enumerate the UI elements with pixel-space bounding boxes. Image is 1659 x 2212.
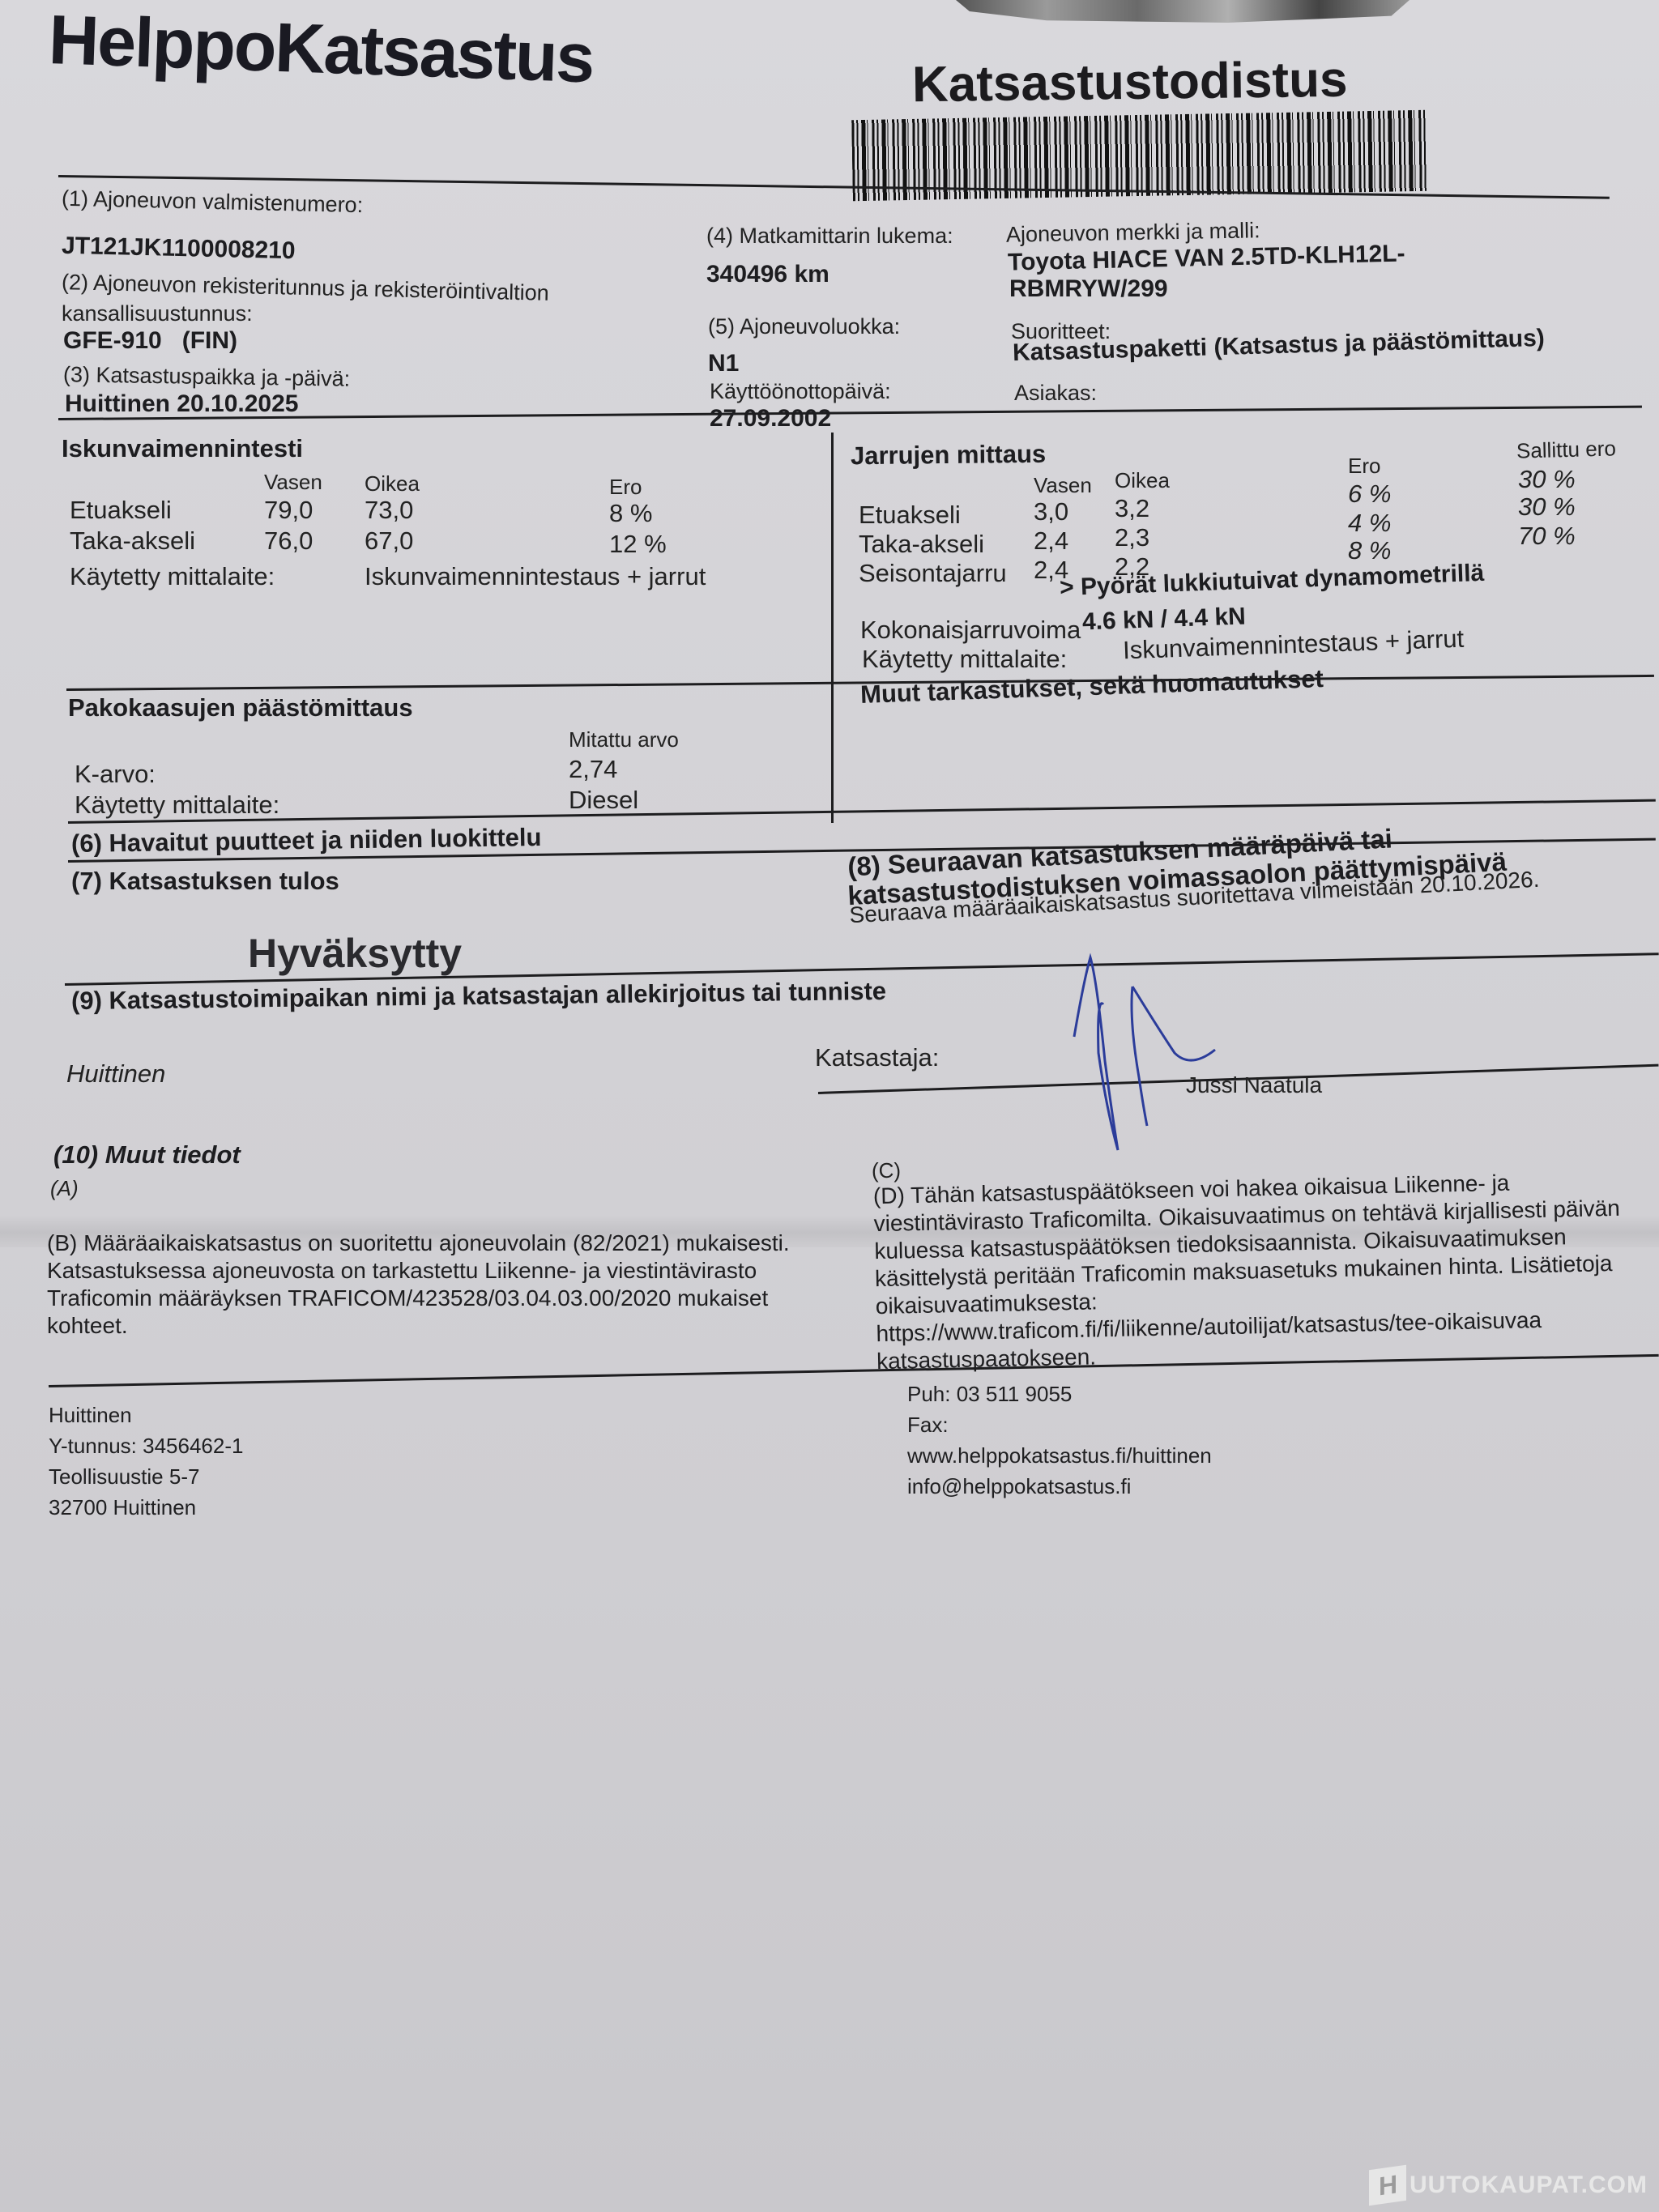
brake-col-diff: Ero xyxy=(1348,454,1380,479)
vin-label: (1) Ajoneuvon valmistenumero: xyxy=(62,186,364,218)
shock-col-diff: Ero xyxy=(609,475,642,500)
shock-row-right: 67,0 xyxy=(365,526,413,556)
shock-row-diff: 12 % xyxy=(609,530,667,559)
other-info-a: (A) xyxy=(50,1176,79,1201)
watermark-logo-icon xyxy=(1369,2165,1406,2206)
first-use-value: 27.09.2002 xyxy=(710,405,831,433)
other-info-b: (B) Määräaikaiskatsastus on suoritettu a… xyxy=(47,1230,817,1340)
footer-left: Huittinen Y-tunnus: 3456462-1 Teollisuus… xyxy=(49,1400,243,1523)
make-model-value-2: RBMRYW/299 xyxy=(1009,275,1168,303)
brake-col-allowed: Sallittu ero xyxy=(1516,436,1617,463)
inspection-location: Huittinen xyxy=(66,1059,165,1089)
brake-row-allowed: 30 % xyxy=(1518,492,1576,522)
brake-row-diff: 8 % xyxy=(1348,536,1391,565)
emissions-device-label: Käytetty mittalaite: xyxy=(75,791,279,820)
registration-value: GFE-910 (FIN) xyxy=(63,327,237,355)
class-value: N1 xyxy=(708,350,739,377)
defects-title: (6) Havaitut puutteet ja niiden luokitte… xyxy=(71,823,542,859)
emissions-device-value: Diesel xyxy=(569,786,638,815)
divider xyxy=(831,433,834,823)
emissions-measured-header: Mitattu arvo xyxy=(569,727,679,752)
k-value: 2,74 xyxy=(569,755,617,784)
footer-website: www.helppokatsastus.fi/huittinen xyxy=(907,1440,1212,1471)
other-info-d: (D) Tähän katsastuspäätökseen voi hakea … xyxy=(873,1166,1659,1375)
make-model-label: Ajoneuvon merkki ja malli: xyxy=(1006,218,1260,247)
brake-col-left: Vasen xyxy=(1034,473,1092,498)
brake-row-right: 2,3 xyxy=(1115,523,1149,552)
signature-scribble xyxy=(1069,948,1280,1158)
watermark-text: UUTOKAUPAT.COM xyxy=(1410,2172,1648,2199)
shock-col-left: Vasen xyxy=(264,470,322,495)
brake-row-axle: Etuakseli xyxy=(859,501,961,530)
shock-device-value: Iskunvaimennintestaus + jarrut xyxy=(365,562,706,591)
other-info-title: (10) Muut tiedot xyxy=(53,1140,241,1170)
first-use-label: Käyttöönottopäivä: xyxy=(710,379,891,404)
brake-row-allowed: 70 % xyxy=(1518,522,1576,551)
footer-fax: Fax: xyxy=(907,1409,1212,1440)
brake-row-allowed: 30 % xyxy=(1518,465,1576,494)
result-title: (7) Katsastuksen tulos xyxy=(71,867,339,896)
brand-logo: HelppoKatsastus xyxy=(48,0,595,99)
shock-row-axle: Taka-akseli xyxy=(70,526,195,556)
shock-test-title: Iskunvaimennintesti xyxy=(62,434,303,463)
shock-row-diff: 8 % xyxy=(609,499,652,528)
result-value: Hyväksytty xyxy=(248,930,462,977)
brake-total-label: Kokonaisjarruvoima xyxy=(860,616,1081,645)
footer-phone: Puh: 03 511 9055 xyxy=(907,1379,1212,1409)
footer-right: Puh: 03 511 9055 Fax: www.helppokatsastu… xyxy=(907,1379,1212,1502)
brake-row-diff: 4 % xyxy=(1348,509,1391,538)
footer-street: Teollisuustie 5-7 xyxy=(49,1461,243,1492)
brake-row-axle: Taka-akseli xyxy=(859,530,984,559)
class-label: (5) Ajoneuvoluokka: xyxy=(708,314,900,339)
shock-col-right: Oikea xyxy=(365,471,420,497)
place-date-value: Huittinen 20.10.2025 xyxy=(65,390,298,418)
inspector-label: Katsastaja: xyxy=(815,1043,939,1072)
footer-business-id: Y-tunnus: 3456462-1 xyxy=(49,1430,243,1461)
shock-row-right: 73,0 xyxy=(365,496,413,525)
vin-value: JT121JK1100008210 xyxy=(62,232,296,266)
divider xyxy=(68,799,1656,824)
registration-label-2: kansallisuustunnus: xyxy=(62,301,253,326)
brake-row-diff: 6 % xyxy=(1348,479,1391,509)
document-title: Katsastustodistus xyxy=(912,51,1348,114)
brake-row-left: 2,4 xyxy=(1034,526,1068,556)
odometer-value: 340496 km xyxy=(706,261,829,288)
footer-location: Huittinen xyxy=(49,1400,243,1430)
brake-row-left: 3,0 xyxy=(1034,497,1068,526)
shock-device-label: Käytetty mittalaite: xyxy=(70,562,275,591)
footer-email: info@helppokatsastus.fi xyxy=(907,1471,1212,1502)
footer-postal: 32700 Huittinen xyxy=(49,1492,243,1523)
odometer-label: (4) Matkamittarin lukema: xyxy=(706,224,953,249)
background-object xyxy=(956,0,1410,23)
shock-row-left: 79,0 xyxy=(264,496,313,525)
brake-total-value: 4.6 kN / 4.4 kN xyxy=(1081,603,1246,636)
k-value-label: K-arvo: xyxy=(75,760,156,789)
emissions-title: Pakokaasujen päästömittaus xyxy=(68,693,413,722)
shock-row-left: 76,0 xyxy=(264,526,313,556)
other-info-c: (C) xyxy=(872,1158,901,1183)
brake-device-label: Käytetty mittalaite: xyxy=(862,645,1067,674)
place-date-label: (3) Katsastuspaikka ja -päivä: xyxy=(63,362,351,392)
watermark: UUTOKAUPAT.COM xyxy=(1369,2167,1648,2203)
shock-row-axle: Etuakseli xyxy=(70,496,172,525)
brake-row-right: 3,2 xyxy=(1115,494,1149,523)
brake-row-axle: Seisontajarru xyxy=(859,559,1007,588)
brake-col-right: Oikea xyxy=(1115,468,1170,493)
brake-test-title: Jarrujen mittaus xyxy=(851,440,1047,471)
customer-label: Asiakas: xyxy=(1014,381,1097,406)
